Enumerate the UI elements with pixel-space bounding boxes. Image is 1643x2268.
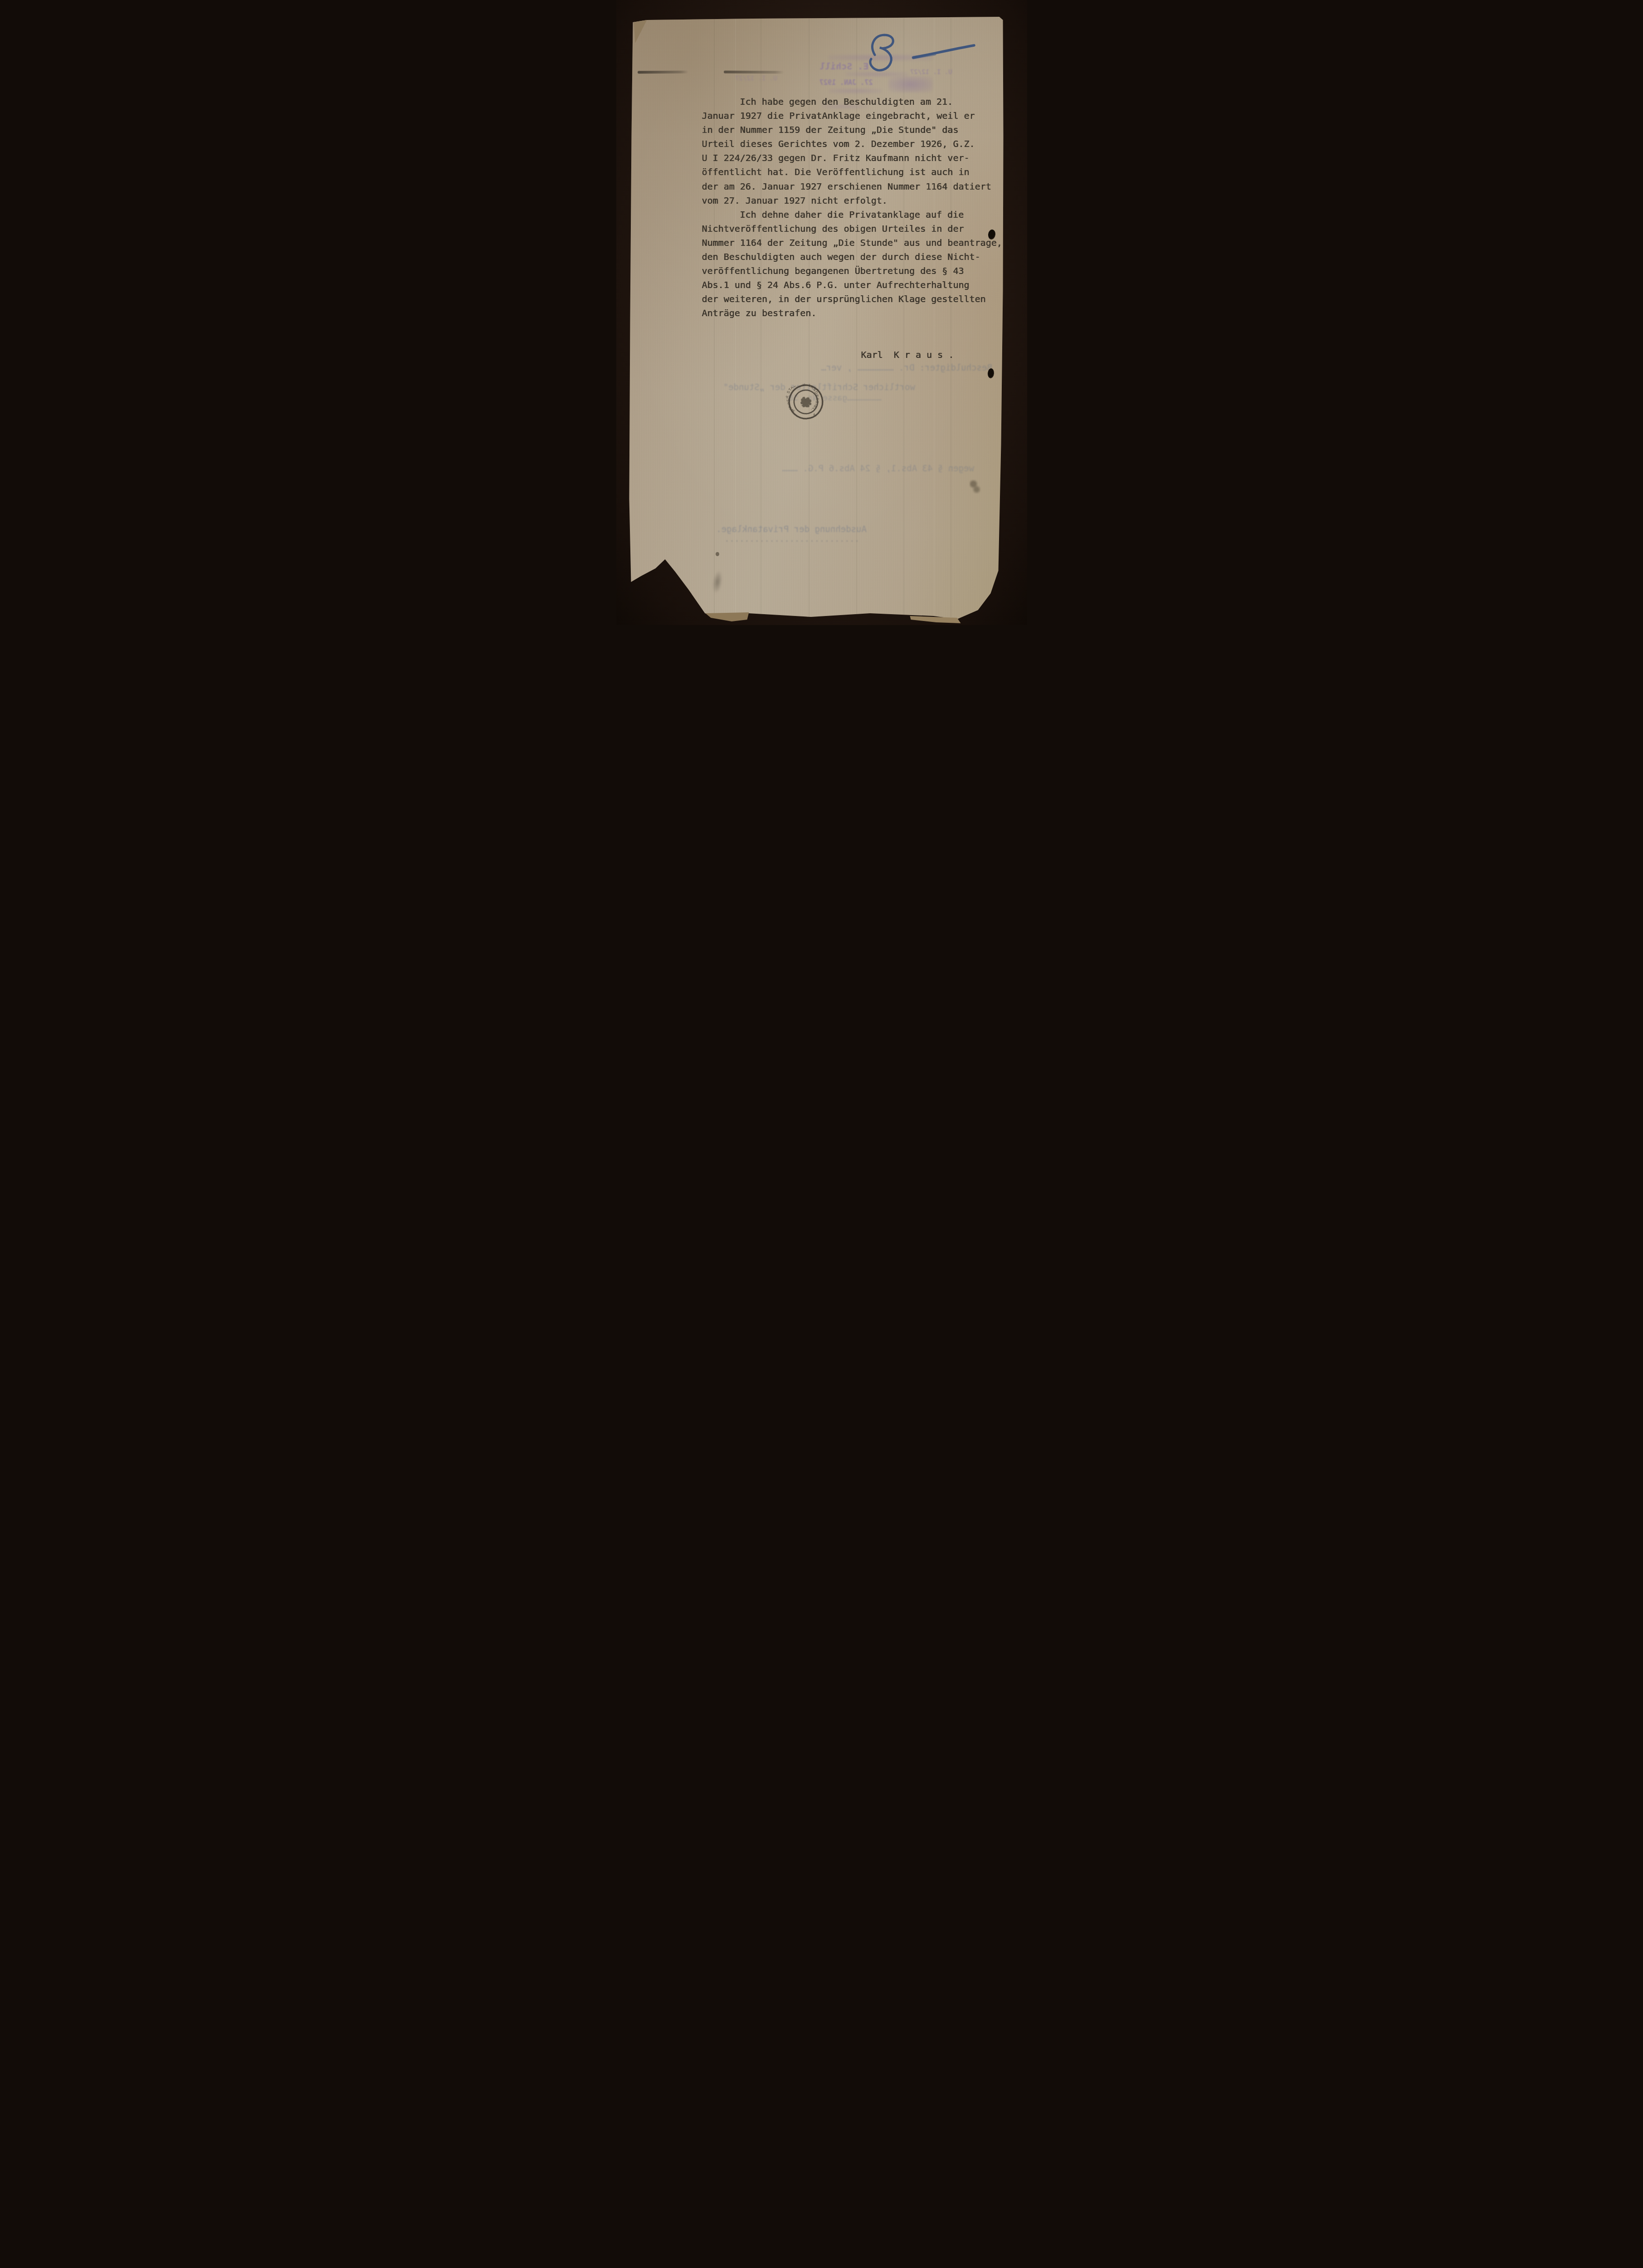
typed-line: in der Nummer 1159 der Zeitung „Die Stun… (702, 123, 999, 137)
fingerprint-smudge (711, 570, 724, 594)
ghost-line-ausdehnung: Ausdehnung der Privatanklage. (731, 524, 867, 534)
typed-line: U I 224/26/33 gegen Dr. Fritz Kaufmann n… (702, 151, 999, 165)
typed-line: der weiteren, in der ursprünglichen Klag… (702, 292, 999, 306)
purple-stamp-blur (829, 54, 933, 61)
typed-line: öffentlicht hat. Die Veröffentlichung is… (702, 165, 999, 179)
purple-stamp-filenumber-fragment-left: U. I. 12/27 (735, 75, 777, 82)
hole-punch-mark (987, 368, 995, 379)
dark-blotch (970, 480, 980, 494)
purple-stamp-blur (829, 88, 882, 93)
document-photograph: E. Schill 27. JAN. 1927 U. I. 12/27 U. I… (616, 0, 1027, 625)
typed-line: der am 26. Januar 1927 erschienen Nummer… (702, 180, 999, 194)
ghost-line-wegen: wegen § 43 Abs.1, § 24 Abs.6 P.G. ……… (702, 464, 974, 474)
typed-line: Anträge zu bestrafen. (702, 306, 999, 320)
typed-line: veröffentlichung begangenen Übertretung … (702, 264, 999, 278)
ghost-line-beschuldigter: Beschuldigter: Dr. ………………… , ver… (702, 363, 992, 373)
typed-line: Nichtveröffentlichung des obigen Urteile… (702, 222, 999, 236)
ghost-line-adresse: …………………gasse Nr. 58 (709, 393, 882, 403)
ghost-line-schriftleiter: wortlicher Schriftleiter der „Stunde" (702, 382, 915, 392)
purple-stamp-name-fragment: E. Schill (819, 61, 868, 72)
paper-sheet: E. Schill 27. JAN. 1927 U. I. 12/27 U. I… (616, 0, 1027, 625)
typed-line: Urteil dieses Gerichtes vom 2. Dezember … (702, 137, 999, 151)
typewritten-body: Ich habe gegen den Beschuldigten am 21. … (702, 95, 999, 321)
signature-karl-kraus: Karl K r a u s . (861, 349, 954, 360)
purple-stamp-blur (888, 76, 933, 93)
ghost-dotted-underline: ........................... (725, 535, 875, 543)
typed-line: den Beschuldigten auch wegen der durch d… (702, 250, 999, 264)
typed-line: Ich habe gegen den Beschuldigten am 21. (702, 95, 999, 109)
typed-line: Nummer 1164 der Zeitung „Die Stunde" aus… (702, 236, 999, 250)
graphite-smudge-dash (723, 71, 784, 74)
typed-line: vom 27. Januar 1927 nicht erfolgt. (702, 194, 999, 208)
ink-dot-smudge (716, 552, 719, 556)
typed-line: Januar 1927 die PrivatAnklage eingebrach… (702, 109, 999, 123)
purple-stamp-filenumber-fragment: U. I. 12/27 (910, 68, 952, 76)
purple-stamp-date-fragment: 27. JAN. 1927 (819, 78, 873, 87)
graphite-smudge-dash (637, 71, 688, 74)
typed-line: Ich dehne daher die Privatanklage auf di… (702, 208, 999, 222)
typed-line: Abs.1 und § 24 Abs.6 P.G. unter Aufrecht… (702, 278, 999, 292)
